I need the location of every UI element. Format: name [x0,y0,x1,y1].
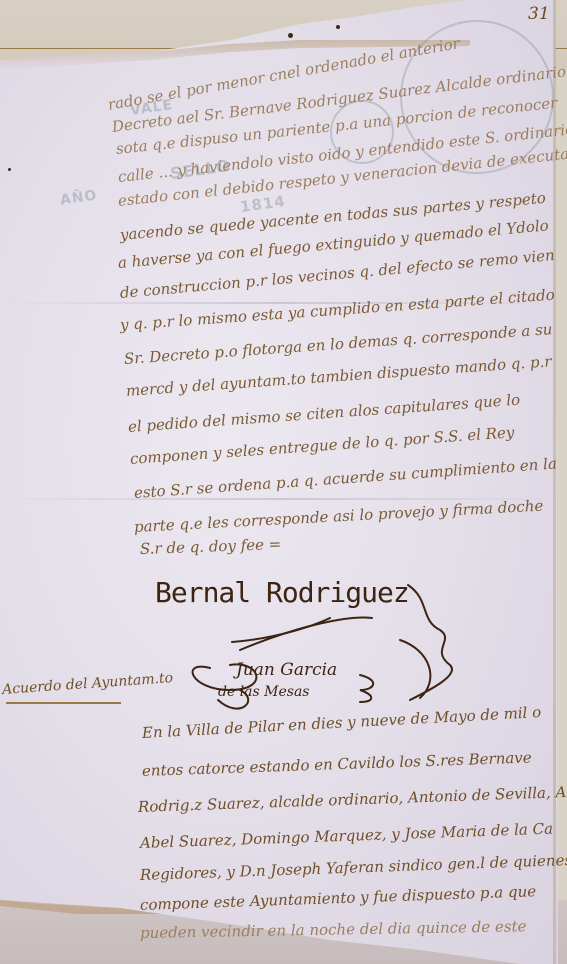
signature-secondary-name: Juan Garcia [236,660,337,680]
ink-blot [336,25,340,29]
folio-number: 31 [528,4,550,24]
signature-secondary-title: de las Mesas [218,684,310,700]
page-right-edge [553,0,556,964]
ink-blot [8,168,11,171]
signature-primary: Bernal Rodriguez [155,576,409,609]
ink-blot [288,33,293,38]
margin-note-underline [6,702,121,704]
